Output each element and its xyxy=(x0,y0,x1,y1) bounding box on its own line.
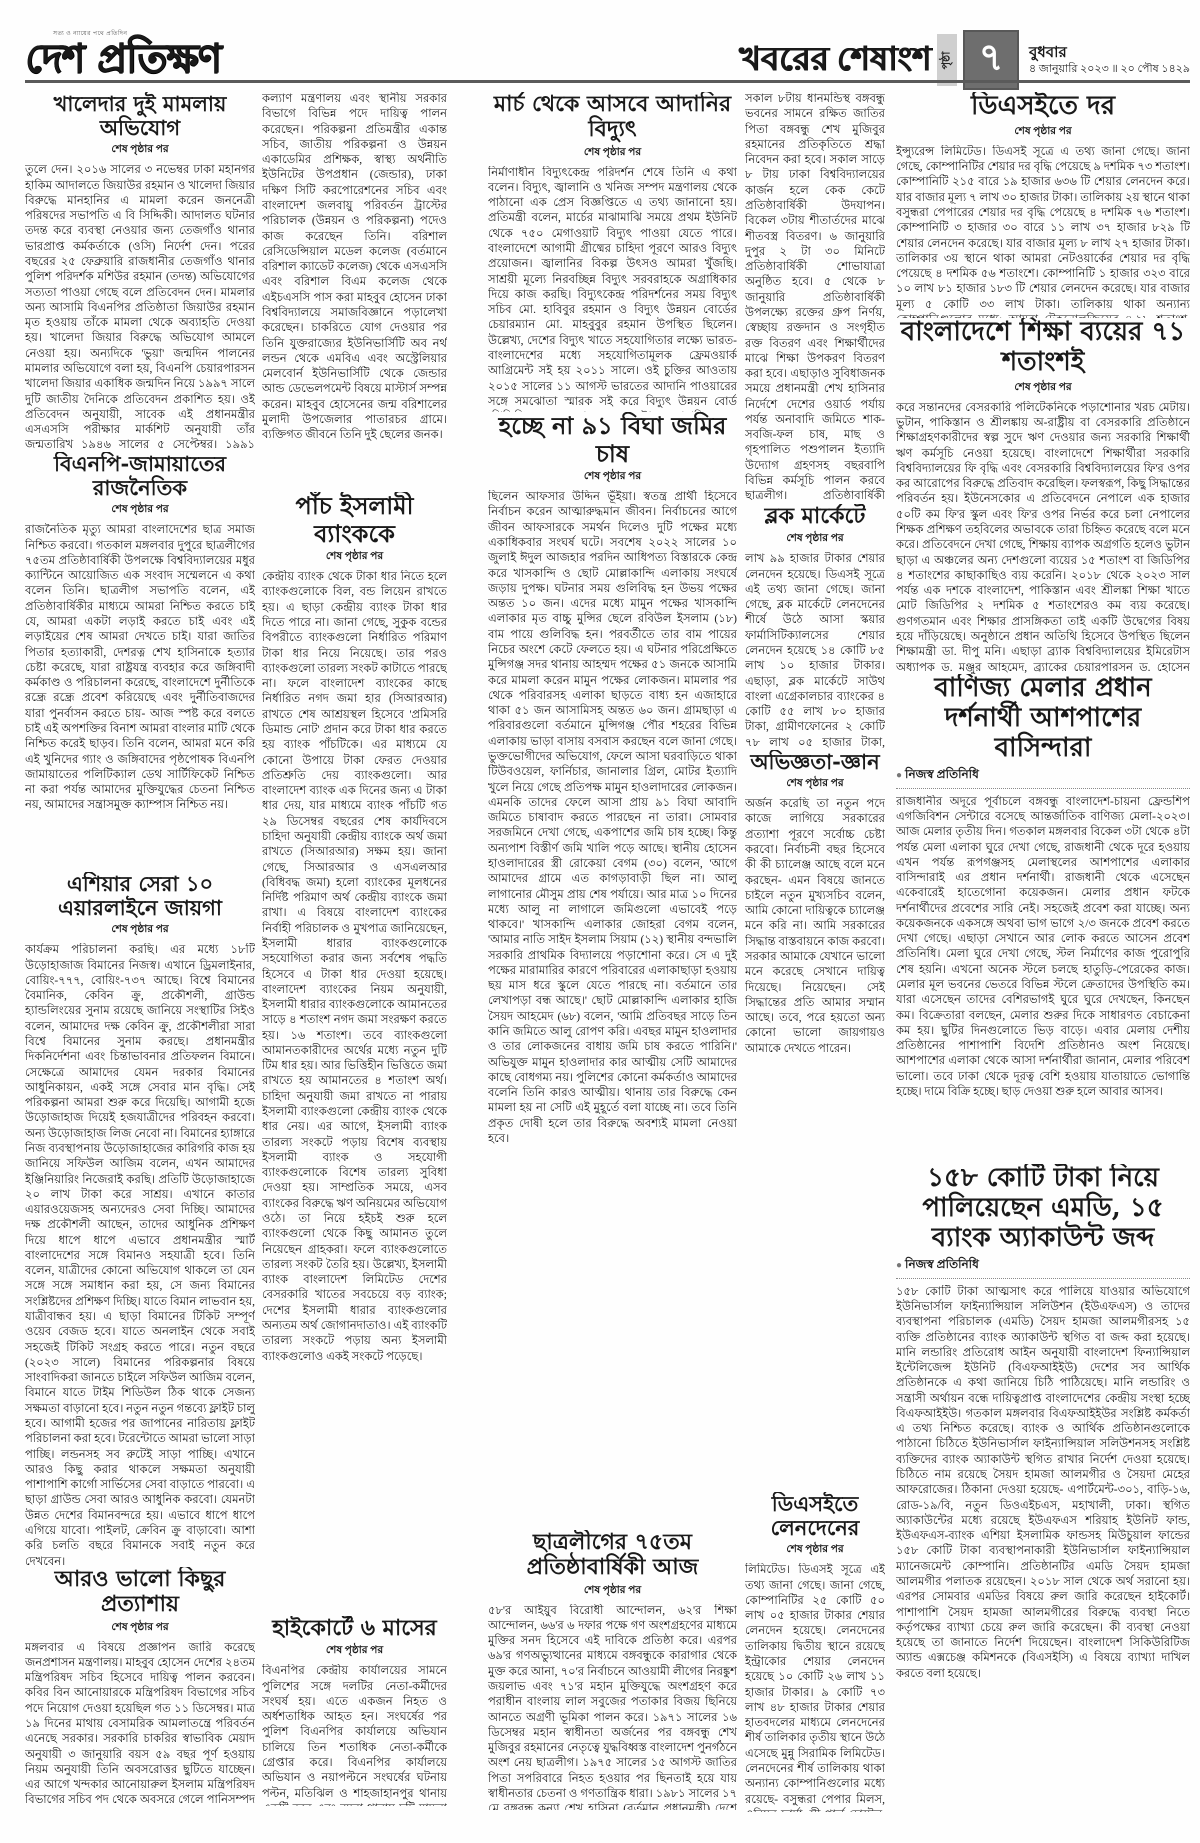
article-md-fled-158-crore: ১৫৮ কোটি টাকা নিয়ে পালিয়েছেন এমডি, ১৫ … xyxy=(896,1164,1190,1814)
article-headline: হচ্ছে না ৯১ বিঘা জমির চাষ xyxy=(488,412,737,467)
article-body: মঙ্গলবার এ বিষয়ে প্রজ্ঞাপন জারি করেছে জ… xyxy=(25,1641,255,1805)
article-body: ছিলেন আফসার উদ্দিন ভূঁইয়া। স্বতন্ত্র প্… xyxy=(488,490,737,1530)
column-1: খালেদার দুই মামলায় অভিযোগ শেষ পৃষ্ঠার প… xyxy=(25,92,255,1805)
byline-bullet-icon: ● xyxy=(896,1260,902,1271)
article-body: লাখ ৯৯ হাজার টাকার শেয়ার লেনদেন হয়েছে।… xyxy=(745,552,885,750)
article-education-spending: বাংলাদেশে শিক্ষা ব্যয়ের ৭১ শতাংশই শেষ প… xyxy=(896,318,1190,674)
article-dse-price: ডিএসইতে দর শেষ পৃষ্ঠার পর ইন্স্যুরেন্স ল… xyxy=(896,92,1190,318)
article-headline: পাঁচ ইসলামী ব্যাংককে xyxy=(262,492,447,547)
date-line: ৪ জানুয়ারি ২০২৩ ॥ ২০ পৌষ ১৪২৯ xyxy=(1029,62,1190,76)
article-headline: ডিএসইতে দর xyxy=(896,92,1190,122)
weekday-label: বুধবার xyxy=(1029,44,1190,62)
article-body: সকাল ৮টায় ধানমন্ডিস্থ বঙ্গবন্ধু ভবনের স… xyxy=(745,92,885,500)
article-continuation-text: কল্যাণ মন্ত্রণালয় এবং স্থানীয় সরকার বি… xyxy=(262,92,447,492)
column-3: মার্চ থেকে আসবে আদানির বিদ্যুৎ শেষ পৃষ্ঠ… xyxy=(488,92,737,1810)
continued-from-label: শেষ পৃষ্ঠার পর xyxy=(262,549,447,566)
byline: ●নিজস্ব প্রতিনিধি xyxy=(896,766,1190,786)
masthead-logo: দেশ প্রতিক্ষণ xyxy=(25,39,285,79)
continued-from-label: শেষ পৃষ্ঠার পর xyxy=(25,142,255,159)
byline-divider xyxy=(896,788,1190,789)
column-4: সকাল ৮টায় ধানমন্ডিস্থ বঙ্গবন্ধু ভবনের স… xyxy=(745,92,885,1812)
article-body: বিএনপির কেন্দ্রীয় কার্যালয়ের সামনে পুল… xyxy=(262,1664,447,1806)
page-word-box: পৃষ্ঠা xyxy=(937,34,957,86)
article-headline: ছাত্রলীগের ৭৫তম প্রতিষ্ঠাবার্ষিকী আজ xyxy=(488,1530,737,1581)
column-5: ডিএসইতে দর শেষ পৃষ্ঠার পর ইন্স্যুরেন্স ল… xyxy=(896,92,1190,1814)
article-body: কল্যাণ মন্ত্রণালয় এবং স্থানীয় সরকার বি… xyxy=(262,92,447,488)
newspaper-page: সত্য ও ন্যায়ের পথে প্রতিদিন দেশ প্রতিক্… xyxy=(0,0,1200,1843)
article-headline: বাণিজ্য মেলার প্রধান দর্শনার্থী আশপাশের … xyxy=(896,674,1190,764)
article-91-bigha-land: হচ্ছে না ৯১ বিঘা জমির চাষ শেষ পৃষ্ঠার পর… xyxy=(488,412,737,1530)
article-body: রাজধানীর অদূরে পূর্বাচলে বঙ্গবন্ধু বাংলা… xyxy=(896,795,1190,1164)
article-body: লিমিটেড। ডিএসই সূত্রে এই তথ্য জানা গেছে।… xyxy=(745,1563,885,1812)
article-block-market: ব্লক মার্কেটে শেষ পৃষ্ঠার পর লাখ ৯৯ হাজা… xyxy=(745,504,885,750)
section-title: খবরের শেষাংশ xyxy=(739,44,931,77)
article-headline: অভিজ্ঞতা-জ্ঞান xyxy=(745,750,885,774)
continued-from-label: শেষ পৃষ্ঠার পর xyxy=(896,124,1190,141)
article-headline: বাংলাদেশে শিক্ষা ব্যয়ের ৭১ শতাংশই xyxy=(896,318,1190,378)
continued-from-label: শেষ পৃষ্ঠার পর xyxy=(25,502,255,519)
article-body: করে সন্তানদের বেসরকারি পলিটেকনিকে পড়াশো… xyxy=(896,401,1190,674)
continued-from-label: শেষ পৃষ্ঠার পর xyxy=(745,776,885,793)
article-chhatra-league-75th: ছাত্রলীগের ৭৫তম প্রতিষ্ঠাবার্ষিকী আজ শেষ… xyxy=(488,1530,737,1810)
continued-from-label: শেষ পৃষ্ঠার পর xyxy=(25,922,255,939)
continued-from-label: শেষ পৃষ্ঠার পর xyxy=(745,531,885,548)
header-rule xyxy=(25,80,1190,83)
article-highcourt-6-months: হাইকোর্টে ৬ মাসের শেষ পৃষ্ঠার পর বিএনপির… xyxy=(262,1616,447,1806)
byline-bullet-icon: ● xyxy=(896,770,902,781)
article-headline: আরও ভালো কিছুর প্রত্যাশায় xyxy=(25,1567,255,1618)
article-body: ৫৮'র আইয়ুব বিরোধী আন্দোলন, ৬২'র শিক্ষা … xyxy=(488,1604,737,1810)
article-five-islamic-banks: পাঁচ ইসলামী ব্যাংককে শেষ পৃষ্ঠার পর কেন্… xyxy=(262,492,447,1616)
byline-label: নিজস্ব প্রতিনিধি xyxy=(905,767,979,781)
article-trade-fair-visitors: বাণিজ্য মেলার প্রধান দর্শনার্থী আশপাশের … xyxy=(896,674,1190,1164)
article-adani-electricity: মার্চ থেকে আসবে আদানির বিদ্যুৎ শেষ পৃষ্ঠ… xyxy=(488,92,737,412)
article-continuation-text: সকাল ৮টায় ধানমন্ডিস্থ বঙ্গবন্ধু ভবনের স… xyxy=(745,92,885,504)
page-word-label: পৃষ্ঠা xyxy=(938,51,957,69)
continued-from-label: শেষ পৃষ্ঠার পর xyxy=(25,1620,255,1637)
article-body: নির্মাণাধীন বিদ্যুৎকেন্দ্র পরিদর্শন শেষে… xyxy=(488,166,737,412)
article-headline: ১৫৮ কোটি টাকা নিয়ে পালিয়েছেন এমডি, ১৫ … xyxy=(896,1164,1190,1254)
continued-from-label: শেষ পৃষ্ঠার পর xyxy=(896,380,1190,397)
article-headline: হাইকোর্টে ৬ মাসের xyxy=(262,1616,447,1641)
byline: ●নিজস্ব প্রতিনিধি xyxy=(896,1256,1190,1276)
article-khaleda-cases: খালেদার দুই মামলায় অভিযোগ শেষ পৃষ্ঠার প… xyxy=(25,92,255,452)
article-body: রাজনৈতিক মৃত্যু আমরা বাংলাদেশের ছাত্র সম… xyxy=(25,523,255,872)
article-headline: মার্চ থেকে আসবে আদানির বিদ্যুৎ xyxy=(488,92,737,143)
article-experience-knowledge: অভিজ্ঞতা-জ্ঞান শেষ পৃষ্ঠার পর অর্জন করেছ… xyxy=(745,750,885,1492)
article-body: কেন্দ্রীয় ব্যাংক থেকে টাকা ধার নিতে হলে… xyxy=(262,570,447,1616)
article-headline: ডিএসইতে লেনদেনের xyxy=(745,1492,885,1540)
continued-from-label: শেষ পৃষ্ঠার পর xyxy=(262,1643,447,1660)
article-body: ইন্স্যুরেন্স লিমিটেড। ডিএসই সূত্রে এ তথ্… xyxy=(896,145,1190,318)
continued-from-label: শেষ পৃষ্ঠার পর xyxy=(488,145,737,162)
article-body: অর্জন করেছি তা নতুন পদে কাজে লাগিয়ে সরক… xyxy=(745,797,885,1492)
article-body: ১৫৮ কোটি টাকা আত্মসাৎ করে পালিয়ে যাওয়া… xyxy=(896,1285,1190,1813)
continued-from-label: শেষ পৃষ্ঠার পর xyxy=(488,1583,737,1600)
date-block: বুধবার ৪ জানুয়ারি ২০২৩ ॥ ২০ পৌষ ১৪২৯ xyxy=(1029,44,1190,76)
continued-from-label: শেষ পৃষ্ঠার পর xyxy=(745,1542,885,1559)
article-headline: এশিয়ার সেরা ১০ এয়ারলাইনে জায়গা xyxy=(25,872,255,920)
article-body: কার্যক্রম পরিচালনা করছি। এর মধ্যে ১৮টি উ… xyxy=(25,943,255,1567)
article-better-expectations: আরও ভালো কিছুর প্রত্যাশায় শেষ পৃষ্ঠার প… xyxy=(25,1567,255,1805)
article-dse-transactions: ডিএসইতে লেনদেনের শেষ পৃষ্ঠার পর লিমিটেড।… xyxy=(745,1492,885,1812)
article-headline: বিএনপি-জামায়াতের রাজনৈতিক xyxy=(25,452,255,500)
article-headline: খালেদার দুই মামলায় অভিযোগ xyxy=(25,92,255,140)
byline-label: নিজস্ব প্রতিনিধি xyxy=(905,1257,979,1271)
article-body: তুলে দেন। ২০১৬ সালের ৩ নভেম্বর ঢাকা মহান… xyxy=(25,163,255,452)
article-headline: ব্লক মার্কেটে xyxy=(745,504,885,529)
column-2: কল্যাণ মন্ত্রণালয় এবং স্থানীয় সরকার বি… xyxy=(262,92,447,1806)
byline-divider xyxy=(896,1278,1190,1279)
article-bnp-jamaat: বিএনপি-জামায়াতের রাজনৈতিক শেষ পৃষ্ঠার প… xyxy=(25,452,255,872)
masthead: সত্য ও ন্যায়ের পথে প্রতিদিন দেশ প্রতিক্… xyxy=(25,28,285,79)
article-airline-top10: এশিয়ার সেরা ১০ এয়ারলাইনে জায়গা শেষ পৃ… xyxy=(25,872,255,1567)
continued-from-label: শেষ পৃষ্ঠার পর xyxy=(488,469,737,486)
